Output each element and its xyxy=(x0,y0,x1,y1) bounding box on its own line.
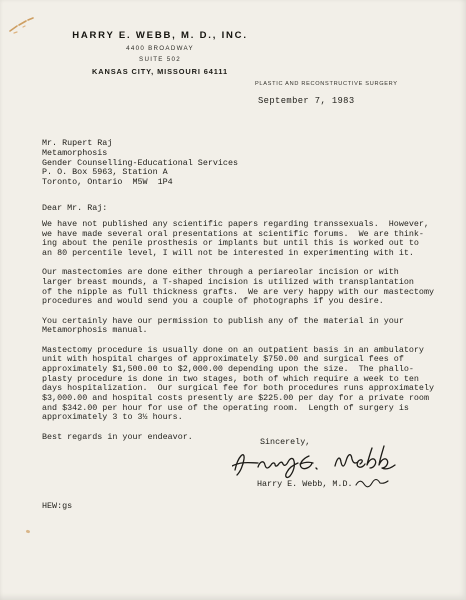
recipient-address-block: Mr. Rupert Raj Metamorphosis Gender Coun… xyxy=(42,139,238,188)
letter-body: We have not published any scientific pap… xyxy=(42,220,452,452)
paragraph-regards: Best regards in your endeavor. xyxy=(42,433,452,443)
letterhead-specialty: PLASTIC AND RECONSTRUCTIVE SURGERY xyxy=(255,81,398,87)
letterhead: HARRY E. WEBB, M. D., INC. 4400 BROADWAY… xyxy=(10,30,310,76)
letterhead-city: KANSAS CITY, MISSOURI 64111 xyxy=(10,67,310,76)
paper-speck-small xyxy=(64,508,66,510)
letterhead-street: 4400 BROADWAY xyxy=(10,45,310,52)
paper-speck xyxy=(26,529,31,533)
paragraph-permission: You certainly have our permission to pub… xyxy=(42,317,452,336)
typist-reference: HEW:gs xyxy=(42,501,72,511)
pen-scribble-over-md xyxy=(355,476,389,490)
letterhead-name: HARRY E. WEBB, M. D., INC. xyxy=(10,30,310,41)
letterhead-suite: SUITE 502 xyxy=(10,56,310,63)
salutation: Dear Mr. Raj: xyxy=(42,203,107,213)
paragraph-publications: We have not published any scientific pap… xyxy=(42,220,452,259)
paragraph-costs: Mastectomy procedure is usually done on … xyxy=(42,346,452,424)
recipient-city: Toronto, Ontario M5W 1P4 xyxy=(42,178,238,188)
typed-signature-name: Harry E. Webb, M.D. xyxy=(257,479,353,489)
letter-page: HARRY E. WEBB, M. D., INC. 4400 BROADWAY… xyxy=(0,0,466,600)
paragraph-mastectomies: Our mastectomies are done either through… xyxy=(42,268,452,307)
letter-date: September 7, 1983 xyxy=(258,96,355,106)
